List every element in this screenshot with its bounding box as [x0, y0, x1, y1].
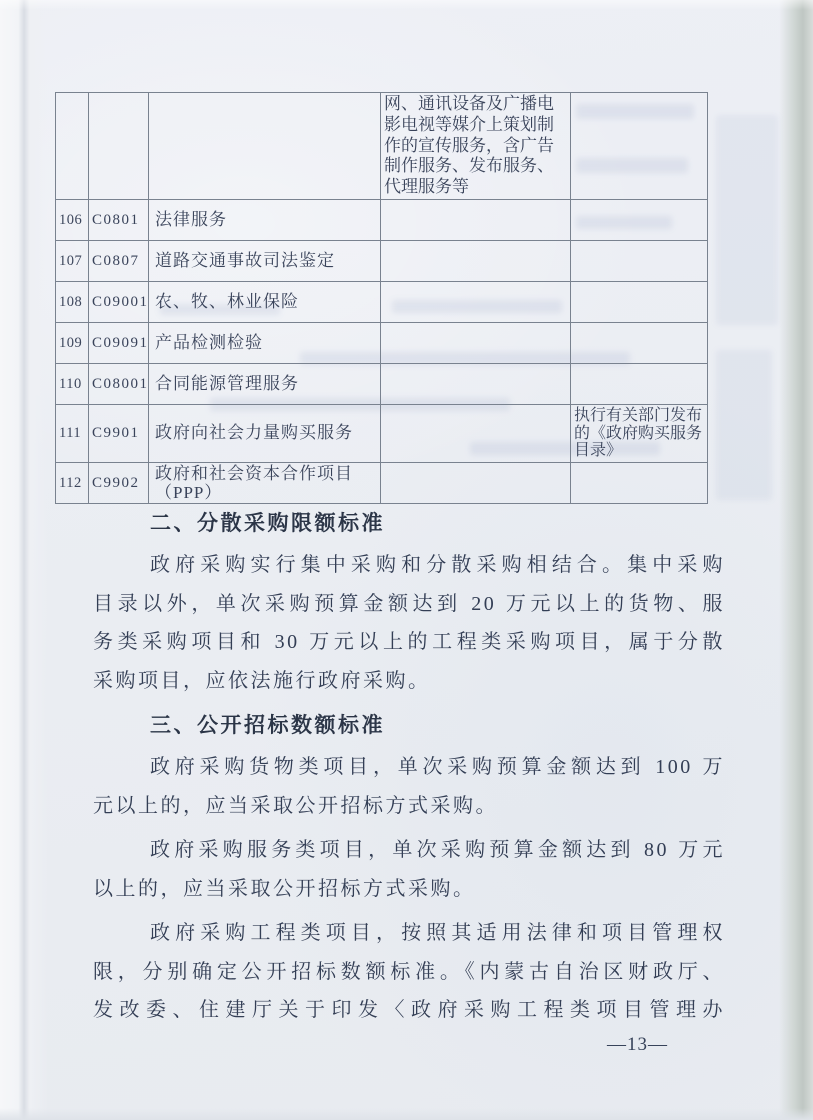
table-row: 107 C0807 道路交通事故司法鉴定: [56, 240, 708, 281]
row-number-cell: [56, 93, 89, 200]
paragraph: 政府采购工程类项目，按照其适用法律和项目管理权 限，分别确定公开招标数额标准。《…: [93, 914, 725, 1030]
row-number-cell: 108: [56, 281, 89, 322]
text-line: 务类采购项目和 30 万元以上的工程类采购项目，属于分散: [93, 623, 725, 662]
description-cell: [381, 404, 571, 462]
note-cell: [571, 281, 708, 322]
page-right-edge: [779, 0, 813, 1120]
bleed-through-mark: [716, 350, 772, 500]
note-cell: 执行有关部门发布的《政府购买服务目录》: [571, 404, 708, 462]
note-cell: [571, 363, 708, 404]
text-line: 政府采购服务类项目，单次采购预算金额达到 80 万元: [93, 831, 725, 870]
table-row: 109 C09091 产品检测检验: [56, 322, 708, 363]
row-number-cell: 109: [56, 322, 89, 363]
row-number-cell: 106: [56, 199, 89, 240]
item-name-cell: 合同能源管理服务: [149, 363, 381, 404]
code-cell: [89, 93, 149, 200]
text-line: 政府采购实行集中采购和分散采购相结合。集中采购: [93, 546, 725, 585]
procurement-catalog-table: 网、通讯设备及广播电影电视等媒介上策划制作的宣传服务，含广告制作服务、发布服务、…: [55, 92, 708, 504]
row-number-cell: 110: [56, 363, 89, 404]
code-cell: C09001: [89, 281, 149, 322]
text-line: 限，分别确定公开招标数额标准。《内蒙古自治区财政厅、: [93, 953, 725, 992]
section-heading-2: 二、分散采购限额标准: [93, 505, 725, 543]
note-cell: [571, 240, 708, 281]
text-line: 政府采购货物类项目，单次采购预算金额达到 100 万: [93, 748, 725, 787]
code-cell: C09091: [89, 322, 149, 363]
table-row: 网、通讯设备及广播电影电视等媒介上策划制作的宣传服务，含广告制作服务、发布服务、…: [56, 93, 708, 200]
table-row: 111 C9901 政府向社会力量购买服务 执行有关部门发布的《政府购买服务目录…: [56, 404, 708, 462]
note-cell: [571, 322, 708, 363]
paragraph: 政府采购实行集中采购和分散采购相结合。集中采购 目录以外，单次采购预算金额达到 …: [93, 546, 725, 700]
note-cell: [571, 199, 708, 240]
table-row: 106 C0801 法律服务: [56, 199, 708, 240]
code-cell: C0801: [89, 199, 149, 240]
text-line: 政府采购工程类项目，按照其适用法律和项目管理权: [93, 914, 725, 953]
code-cell: C0807: [89, 240, 149, 281]
item-name-cell: 农、牧、林业保险: [149, 281, 381, 322]
row-number-cell: 107: [56, 240, 89, 281]
description-cell: [381, 240, 571, 281]
text-line: 以上的，应当采取公开招标方式采购。: [93, 870, 725, 909]
scanned-page: 网、通讯设备及广播电影电视等媒介上策划制作的宣传服务，含广告制作服务、发布服务、…: [0, 0, 813, 1120]
code-cell: C9901: [89, 404, 149, 462]
paragraph: 政府采购货物类项目，单次采购预算金额达到 100 万 元以上的，应当采取公开招标…: [93, 748, 725, 825]
item-name-cell: 产品检测检验: [149, 322, 381, 363]
section-heading-3: 三、公开招标数额标准: [93, 707, 725, 745]
item-name-cell: 政府向社会力量购买服务: [149, 404, 381, 462]
item-name-cell: 道路交通事故司法鉴定: [149, 240, 381, 281]
row-number-cell: 112: [56, 462, 89, 503]
description-cell: [381, 281, 571, 322]
page-left-edge: [0, 0, 48, 1120]
code-cell: C08001: [89, 363, 149, 404]
text-line: 元以上的，应当采取公开招标方式采购。: [93, 787, 725, 826]
document-body: 二、分散采购限额标准 政府采购实行集中采购和分散采购相结合。集中采购 目录以外，…: [93, 498, 725, 1036]
row-number-cell: 111: [56, 404, 89, 462]
item-name-cell: 法律服务: [149, 199, 381, 240]
table-row: 108 C09001 农、牧、林业保险: [56, 281, 708, 322]
page-number: —13—: [607, 1034, 668, 1056]
description-cell: [381, 363, 571, 404]
paragraph: 政府采购服务类项目，单次采购预算金额达到 80 万元 以上的，应当采取公开招标方…: [93, 831, 725, 908]
page-bottom-edge: [0, 1108, 813, 1120]
text-line: 采购项目，应依法施行政府采购。: [93, 662, 725, 701]
bleed-through-mark: [716, 115, 778, 325]
table-row: 110 C08001 合同能源管理服务: [56, 363, 708, 404]
description-cell: [381, 199, 571, 240]
text-line: 目录以外，单次采购预算金额达到 20 万元以上的货物、服: [93, 585, 725, 624]
note-cell: [571, 93, 708, 200]
text-line: 发改委、住建厅关于印发〈政府采购工程类项目管理办: [93, 991, 725, 1030]
description-cell: [381, 322, 571, 363]
description-cell: 网、通讯设备及广播电影电视等媒介上策划制作的宣传服务，含广告制作服务、发布服务、…: [381, 93, 571, 200]
page-top-edge: [0, 0, 813, 10]
item-name-cell: [149, 93, 381, 200]
